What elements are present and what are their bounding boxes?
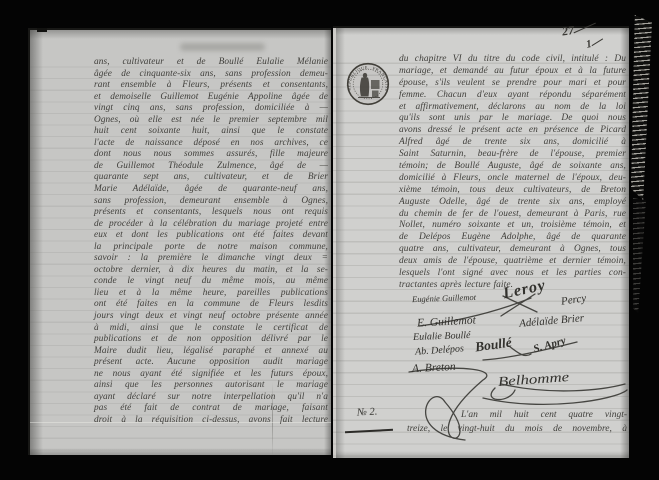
signature: Eulalie Boullé bbox=[413, 330, 471, 343]
manuscript-line: présent acte. Aucune opposition audit ma… bbox=[94, 357, 328, 369]
manuscript-line: avons dressé le présent acte en présence… bbox=[399, 125, 626, 137]
act-number-note: № 2. bbox=[357, 406, 378, 418]
signature: A. Breton bbox=[412, 361, 456, 375]
manuscript-line: la principale porte de notre maison comm… bbox=[94, 242, 328, 254]
book-page-edges-lower bbox=[633, 198, 646, 313]
stamp-inner-ring bbox=[353, 69, 383, 99]
manuscript-line: sans profession, demeurant ensemble à Og… bbox=[94, 196, 328, 208]
manuscript-line: domicilié à Fleurs, oncle maternel de l'… bbox=[399, 173, 626, 185]
manuscript-line: conde le vingt neuf du même mois, au mêm… bbox=[94, 276, 328, 288]
right-page-manuscript-text: du chapitre VI du titre du code civil, i… bbox=[399, 54, 626, 292]
manuscript-line: du chemin de fer de l'ouest, demeurant à… bbox=[399, 209, 626, 221]
manuscript-line: Saint Saturnin, beau-frère de l'épouse, … bbox=[399, 149, 626, 161]
manuscript-line: ainsi que les personnes autorisant le ma… bbox=[94, 380, 328, 392]
manuscript-line: droit à la réquisition ci-dessus, avons … bbox=[94, 415, 328, 427]
manuscript-line: l'acte de naissance déposé en nos archiv… bbox=[94, 138, 328, 150]
signature: Percy bbox=[560, 292, 587, 307]
manuscript-line: treize, le vingt-huit du mois de novembr… bbox=[407, 423, 627, 437]
manuscript-line: Ognes, où elle est née le premier septem… bbox=[94, 115, 328, 127]
signature: E. Guillemot bbox=[417, 314, 476, 329]
right-page: RÉPUBLIQUE FRANÇAISE 271 du chapitre VI … bbox=[333, 26, 629, 458]
act-number-underline bbox=[345, 429, 393, 434]
manuscript-line: qu'ils sont unis par le mariage. De quoi… bbox=[399, 113, 626, 125]
manuscript-line: Auguste Odelle, âgé de trente six ans, e… bbox=[399, 197, 626, 209]
signature: Adélaïde Brier bbox=[519, 312, 585, 330]
manuscript-line: épouse, s'ils veulent se prendre pour ma… bbox=[399, 78, 626, 90]
manuscript-line: Alfred âgé de trente six ans, domicilié … bbox=[399, 137, 626, 149]
manuscript-line: L'an mil huit cent quatre vingt- bbox=[407, 409, 627, 423]
manuscript-line: de Guillemot Théodule Zulmence, âgé de — bbox=[94, 161, 328, 173]
manuscript-line: deux amis de l'épouse, quatrième et dern… bbox=[399, 256, 626, 268]
manuscript-line: publications et de non opposition délivr… bbox=[94, 334, 328, 346]
manuscript-line: femme. Chacun d'eux ayant répondu séparé… bbox=[399, 90, 626, 102]
manuscript-line: Marie Adélaïde, âgée de quarante-neuf an… bbox=[94, 184, 328, 196]
manuscript-line: mariage, et demandé au futur époux et à … bbox=[399, 66, 626, 78]
manuscript-line: vingt cinq ans, sans profession, domicil… bbox=[94, 103, 328, 115]
signature: Ab. Delépos bbox=[415, 343, 465, 357]
manuscript-line: jours vingt deux et vingt neuf octobre p… bbox=[94, 311, 328, 323]
signature: S. Apry bbox=[532, 335, 567, 356]
manuscript-line: lesquels l'ont signé avec nous et les pa… bbox=[399, 268, 626, 280]
manuscript-line: eux et dont les publications ont été fai… bbox=[94, 230, 328, 242]
stamp-text: RÉPUBLIQUE FRANÇAISE bbox=[346, 65, 389, 93]
manuscript-line: octobre dernier, à dix heures du matin, … bbox=[94, 265, 328, 277]
left-page: ans, cultivateur et de Boullé Eulalie Mé… bbox=[28, 28, 331, 455]
stamp-outer-ring bbox=[348, 64, 389, 105]
manuscript-line: de procéder à la célébration du mariage … bbox=[94, 219, 328, 231]
manuscript-line: du chapitre VI du titre du code civil, i… bbox=[399, 54, 626, 66]
scanned-register-spread: ans, cultivateur et de Boullé Eulalie Mé… bbox=[0, 0, 659, 480]
manuscript-line: âgée de cinquante-six ans, sans professi… bbox=[94, 69, 328, 81]
marianne-figure bbox=[358, 73, 380, 98]
manuscript-line: ayant déclaré sur notre interpellation q… bbox=[94, 392, 328, 404]
manuscript-line: huit cent soixante huit, ainsi que le co… bbox=[94, 126, 328, 138]
signature: Eugénie Guillemot bbox=[412, 292, 476, 304]
signature: Boullé bbox=[474, 335, 513, 356]
manuscript-line: ont été faites en la commune de Fleurs l… bbox=[94, 299, 328, 311]
manuscript-line: dont nous nous sommes assurés, fille maj… bbox=[94, 149, 328, 161]
left-page-manuscript-text: ans, cultivateur et de Boullé Eulalie Mé… bbox=[94, 57, 328, 427]
republique-francaise-stamp: RÉPUBLIQUE FRANÇAISE bbox=[346, 61, 390, 107]
manuscript-line: à midi, ainsi que le constate le certifi… bbox=[94, 323, 328, 335]
folio-mark: 1 bbox=[585, 35, 606, 51]
manuscript-line: xième témoin, tous deux cultivateurs, de… bbox=[399, 185, 626, 197]
ink-bleed-smudge bbox=[180, 43, 265, 51]
corner-binding-mark bbox=[37, 28, 47, 32]
manuscript-line: présents et consentants, lesquels nous o… bbox=[94, 207, 328, 219]
manuscript-line: ne nous ayant été signifiée et les futur… bbox=[94, 369, 328, 381]
manuscript-line: témoin; de Boullé Auguste, âgé de soixan… bbox=[399, 161, 626, 173]
manuscript-line: quarante sept ans, cultivateur, et de Br… bbox=[94, 172, 328, 184]
next-act-opening: L'an mil huit cent quatre vingt-treize, … bbox=[407, 409, 627, 436]
manuscript-line: et demoiselle Guillemot Eugénie Appoline… bbox=[94, 92, 328, 104]
manuscript-line: savoir : la première le dimanche vingt d… bbox=[94, 253, 328, 265]
manuscript-line: lieu et à la même heure, pareilles publi… bbox=[94, 288, 328, 300]
book-page-edges bbox=[631, 15, 652, 200]
manuscript-line: Nollet, numéro soixante et un, troisième… bbox=[399, 220, 626, 232]
manuscript-line: Maire dudit lieu, légalisé paraphé et an… bbox=[94, 346, 328, 358]
manuscript-line: et affirmativement, déclarons au nom de … bbox=[399, 102, 626, 114]
signature: Belhomme bbox=[497, 369, 569, 390]
manuscript-line: quatre ans, cultivateur, demeurant à Ogn… bbox=[399, 244, 626, 256]
manuscript-line: rant ensemble à Fleurs, présents et cons… bbox=[94, 80, 328, 92]
manuscript-line: pas été fait de contrat de mariage, fais… bbox=[94, 403, 328, 415]
manuscript-line: de Delépos Eugène Adolphe, âgé de quaran… bbox=[399, 232, 626, 244]
manuscript-line: ans, cultivateur et de Boullé Eulalie Mé… bbox=[94, 57, 328, 69]
